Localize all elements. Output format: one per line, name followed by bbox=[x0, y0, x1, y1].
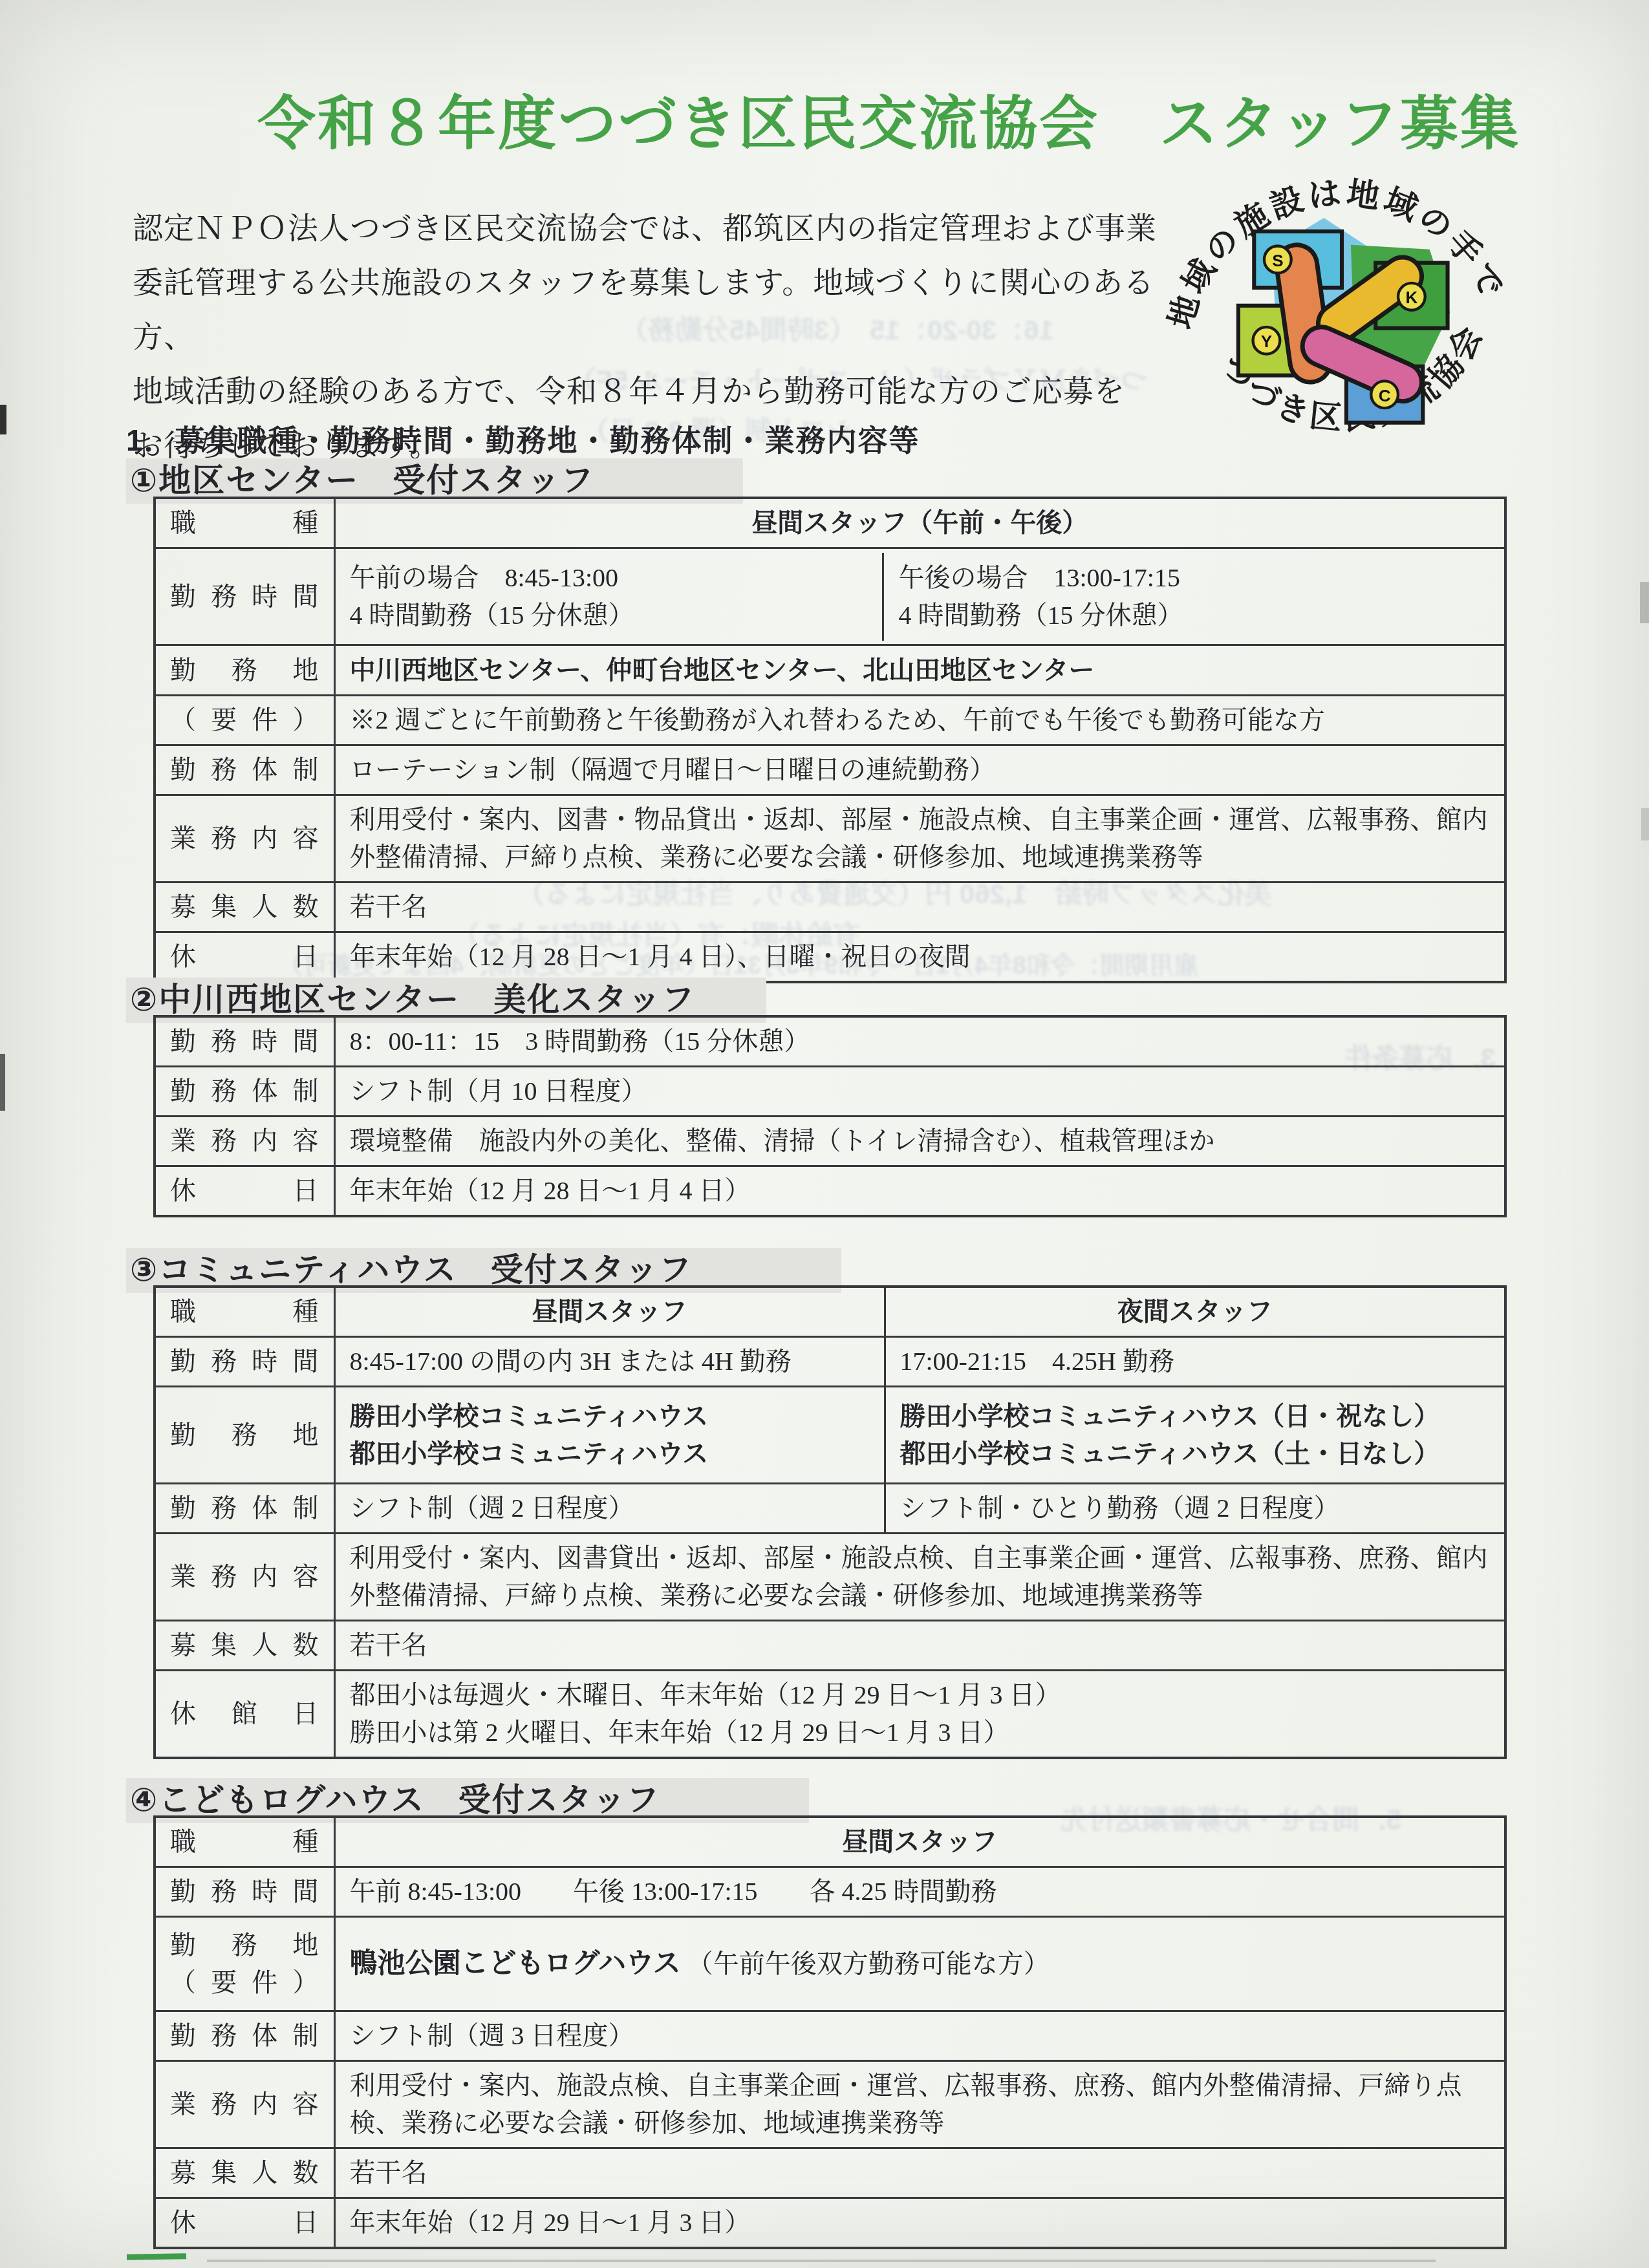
intro-line: 地域活動の経験のある方で、令和８年４月から勤務可能な方のご応募を bbox=[133, 365, 1193, 419]
page-title: 令和８年度つづき区民交流協会 スタッフ募集 bbox=[257, 76, 1520, 160]
table1-heading: ①地区センター 受付スタッフ bbox=[126, 455, 743, 501]
t4-place-name: 鴨池公園こどもログハウス bbox=[350, 1948, 681, 1979]
t1-label-kinmu-taisei: 勤 務 体 制 bbox=[155, 745, 334, 795]
t1-shokushu-value: 昼間スタッフ（午前・午後） bbox=[334, 498, 1505, 548]
t1-label-shokushu: 職 種 bbox=[155, 498, 334, 548]
t3-label-kinmu-taisei: 勤 務 体 制 bbox=[155, 1484, 334, 1534]
t4-ninzu-value: 若干名 bbox=[334, 2148, 1505, 2198]
t4-label-kinmu-chi: 勤 務 地 bbox=[170, 1927, 319, 1964]
t4-shokushu-value: 昼間スタッフ bbox=[334, 1817, 1505, 1867]
t3-ninzu-value: 若干名 bbox=[334, 1621, 1505, 1671]
t1-label-yoken: （ 要 件 ） bbox=[155, 696, 334, 745]
t2-label-gyomu-naiyo: 業 務 内 容 bbox=[155, 1117, 334, 1166]
t4-label-shokushu: 職 種 bbox=[155, 1817, 334, 1867]
table1-chiku-center: 職 種 昼間スタッフ（午前・午後） 勤 務 時 間 午前の場合 8:45-13:… bbox=[153, 497, 1507, 983]
t3-kyukan-2: 勝田小は第 2 火曜日、年末年始（12 月 29 日～1 月 3 日） bbox=[350, 1714, 1491, 1751]
t4-place-value: 鴨池公園こどもログハウス （午前午後双方勤務可能な方） bbox=[334, 1917, 1505, 2011]
t3-label-kinmu-chi: 勤 務 地 bbox=[155, 1387, 334, 1484]
t3-night-place: 勝田小学校コミュニティハウス（日・祝なし） 都田小学校コミュニティハウス（土・日… bbox=[885, 1387, 1505, 1484]
t3-night-jikan: 17:00-21:15 4.25H 勤務 bbox=[885, 1337, 1505, 1387]
scan-bottom-green-dash bbox=[127, 2253, 186, 2260]
scan-edge-mark bbox=[0, 405, 6, 434]
t2-label-kinmu-taisei: 勤 務 体 制 bbox=[155, 1067, 334, 1117]
t3-kyukan-1: 都田小は毎週火・木曜日、年末年始（12 月 29 日～1 月 3 日） bbox=[350, 1676, 1491, 1714]
t3-day-taisei: シフト制（週 2 日程度） bbox=[334, 1484, 885, 1534]
t1-am-hours: 4 時間勤務（15 分休憩） bbox=[350, 597, 868, 634]
t3-gyomu-value: 利用受付・案内、図書貸出・返却、部屋・施設点検、自主事業企画・運営、広報事務、庶… bbox=[334, 1534, 1505, 1621]
t3-night-place-2: 都田小学校コミュニティハウス（土・日なし） bbox=[900, 1435, 1491, 1473]
t4-place-note: （午前午後双方勤務可能な方） bbox=[687, 1949, 1050, 1978]
t2-label-kyujitsu: 休 日 bbox=[155, 1166, 334, 1217]
scan-edge-mark bbox=[0, 1054, 5, 1111]
t4-label-yoken: （ 要 件 ） bbox=[170, 1964, 319, 2002]
t3-label-boshu-ninzu: 募 集 人 数 bbox=[155, 1621, 334, 1671]
t3-label-shokushu: 職 種 bbox=[155, 1287, 334, 1337]
t4-label-gyomu-naiyo: 業 務 内 容 bbox=[155, 2061, 334, 2148]
logo-badge-y: Y bbox=[1261, 332, 1272, 351]
table4-heading: ④こどもログハウス 受付スタッフ bbox=[126, 1774, 809, 1821]
intro-line: 認定ＮＰＯ法人つづき区民交流協会では、都筑区内の指定管理および事業 bbox=[133, 202, 1193, 256]
t3-day-jikan: 8:45-17:00 の間の内 3H または 4H 勤務 bbox=[334, 1337, 885, 1387]
t1-place-value: 中川西地区センター、仲町台地区センター、北山田地区センター bbox=[334, 645, 1505, 696]
t3-night-head: 夜間スタッフ bbox=[885, 1287, 1505, 1337]
intro-line: 委託管理する公共施設のスタッフを募集します。地域づくりに関心のある方、 bbox=[133, 256, 1193, 365]
t1-label-boshu-ninzu: 募 集 人 数 bbox=[155, 883, 334, 932]
t4-jikan-value: 午前 8:45-13:00 午後 13:00-17:15 各 4.25 時間勤務 bbox=[334, 1867, 1505, 1917]
t4-label-boshu-ninzu: 募 集 人 数 bbox=[155, 2148, 334, 2198]
t3-label-gyomu-naiyo: 業 務 内 容 bbox=[155, 1534, 334, 1621]
t1-ninzu-value: 若干名 bbox=[334, 883, 1505, 932]
t4-label-kyujitsu: 休 日 bbox=[155, 2198, 334, 2249]
table2-bika-staff: 勤 務 時 間 8：00-11：15 3 時間勤務（15 分休憩） 勤 務 体 … bbox=[153, 1015, 1507, 1217]
table3-community-house: 職 種 昼間スタッフ 夜間スタッフ 勤 務 時 間 8:45-17:00 の間の… bbox=[153, 1285, 1507, 1759]
t1-yoken-value: ※2 週ごとに午前勤務と午後勤務が入れ替わるため、午前でも午後でも勤務可能な方 bbox=[334, 696, 1505, 745]
scan-edge-mark bbox=[1641, 808, 1649, 840]
t3-night-place-1: 勝田小学校コミュニティハウス（日・祝なし） bbox=[900, 1398, 1491, 1435]
t1-pm-time: 午後の場合 13:00-17:15 bbox=[898, 559, 1490, 597]
t2-jikan-value: 8：00-11：15 3 時間勤務（15 分休憩） bbox=[334, 1016, 1505, 1067]
scan-bottom-line bbox=[207, 2260, 1436, 2262]
t4-taisei-value: シフト制（週 3 日程度） bbox=[334, 2011, 1505, 2061]
t3-day-place-2: 都田小学校コミュニティハウス bbox=[350, 1435, 870, 1473]
t1-gyomu-value: 利用受付・案内、図書・物品貸出・返却、部屋・施設点検、自主事業企画・運営、広報事… bbox=[334, 795, 1505, 883]
logo-badge-s: S bbox=[1272, 251, 1283, 270]
section1-heading: 1．募集職種・勤務時間・勤務地・勤務体制・業務内容等 bbox=[126, 417, 920, 460]
t2-label-kinmu-jikan: 勤 務 時 間 bbox=[155, 1016, 334, 1067]
scanned-recruitment-flyer: 16：30-20：15 （3時間45分勤務） つづきＭＹプラザ（ノースポート・モ… bbox=[0, 0, 1649, 2268]
t1-label-gyomu-naiyo: 業 務 内 容 bbox=[155, 795, 334, 883]
t1-label-kinmu-chi: 勤 務 地 bbox=[155, 645, 334, 696]
association-logo: 地域の施設は地域の手で つづき区民交流協会 S K Y bbox=[1154, 154, 1529, 463]
t4-label-kinmu-jikan: 勤 務 時 間 bbox=[155, 1867, 334, 1917]
t2-kyujitsu-value: 年末年始（12 月 28 日～1 月 4 日） bbox=[334, 1166, 1505, 1217]
t4-label-kinmu-taisei: 勤 務 体 制 bbox=[155, 2011, 334, 2061]
t1-pm-hours: 4 時間勤務（15 分休憩） bbox=[898, 597, 1490, 634]
t3-night-taisei: シフト制・ひとり勤務（週 2 日程度） bbox=[885, 1484, 1505, 1534]
t4-label-kinmu-chi-yoken: 勤 務 地 （ 要 件 ） bbox=[155, 1917, 334, 2011]
t3-kyukanbi-value: 都田小は毎週火・木曜日、年末年始（12 月 29 日～1 月 3 日） 勝田小は… bbox=[334, 1671, 1505, 1759]
t4-kyujitsu-value: 年末年始（12 月 29 日～1 月 3 日） bbox=[334, 2198, 1505, 2249]
table4-log-house: 職 種 昼間スタッフ 勤 務 時 間 午前 8:45-13:00 午後 13:0… bbox=[153, 1815, 1507, 2249]
logo-badge-k: K bbox=[1405, 288, 1417, 307]
t2-taisei-value: シフト制（月 10 日程度） bbox=[334, 1067, 1505, 1117]
scan-edge-mark bbox=[1640, 582, 1649, 623]
t3-day-head: 昼間スタッフ bbox=[334, 1287, 885, 1337]
table2-heading: ②中川西地区センター 美化スタッフ bbox=[126, 974, 766, 1020]
t1-kinmu-jikan-value: 午前の場合 8:45-13:00 4 時間勤務（15 分休憩） 午後の場合 13… bbox=[334, 548, 1505, 645]
t3-day-place: 勝田小学校コミュニティハウス 都田小学校コミュニティハウス bbox=[334, 1387, 885, 1484]
table3-heading: ③コミュニティハウス 受付スタッフ bbox=[126, 1244, 841, 1290]
t2-gyomu-value: 環境整備 施設内外の美化、整備、清掃（トイレ清掃含む）、植栽管理ほか bbox=[334, 1117, 1505, 1166]
t1-am-time: 午前の場合 8:45-13:00 bbox=[350, 559, 868, 597]
t3-label-kinmu-jikan: 勤 務 時 間 bbox=[155, 1337, 334, 1387]
t3-day-place-1: 勝田小学校コミュニティハウス bbox=[350, 1398, 870, 1435]
t1-label-kinmu-jikan: 勤 務 時 間 bbox=[155, 548, 334, 645]
t3-label-kyukanbi: 休 館 日 bbox=[155, 1671, 334, 1759]
t4-gyomu-value: 利用受付・案内、施設点検、自主事業企画・運営、広報事務、庶務、館内外整備清掃、戸… bbox=[334, 2061, 1505, 2148]
logo-badge-c: C bbox=[1379, 386, 1391, 405]
t1-taisei-value: ローテーション制（隔週で月曜日～日曜日の連続勤務） bbox=[334, 745, 1505, 795]
